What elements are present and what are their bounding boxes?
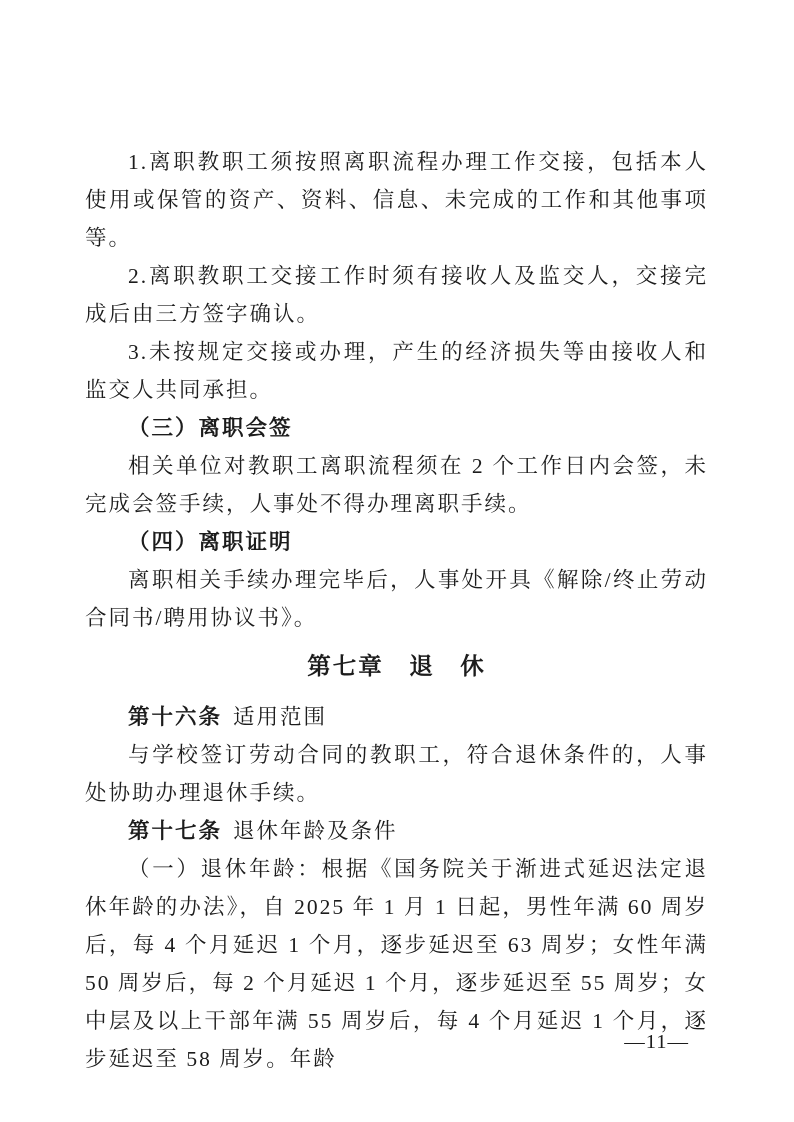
section-heading-resignation-countersign: （三）离职会签 (85, 409, 708, 447)
chapter-heading-retirement: 第七章 退 休 (85, 648, 708, 686)
article-17-title: 退休年龄及条件 (233, 819, 398, 843)
document-body: 1.离职教职工须按照离职流程办理工作交接，包括本人使用或保管的资产、资料、信息、… (85, 143, 708, 1078)
article-16-title: 适用范围 (233, 705, 327, 729)
paragraph-article-16-body: 与学校签订劳动合同的教职工，符合退休条件的，人事处协助办理退休手续。 (85, 736, 708, 812)
document-page: 1.离职教职工须按照离职流程办理工作交接，包括本人使用或保管的资产、资料、信息、… (0, 0, 794, 1122)
paragraph-countersign-body: 相关单位对教职工离职流程须在 2 个工作日内会签，未完成会签手续，人事处不得办理… (85, 447, 708, 523)
section-heading-resignation-certificate: （四）离职证明 (85, 523, 708, 561)
paragraph-retirement-age-body: （一）退休年龄：根据《国务院关于渐进式延迟法定退休年龄的办法》，自 2025 年… (85, 850, 708, 1078)
page-number: —11— (624, 1030, 689, 1054)
article-heading-16: 第十六条适用范围 (85, 698, 708, 736)
article-16-number: 第十六条 (128, 705, 222, 729)
paragraph-handover-2: 2.离职教职工交接工作时须有接收人及监交人，交接完成后由三方签字确认。 (85, 257, 708, 333)
article-heading-17: 第十七条退休年龄及条件 (85, 812, 708, 850)
paragraph-certificate-body: 离职相关手续办理完毕后，人事处开具《解除/终止劳动合同书/聘用协议书》。 (85, 561, 708, 637)
paragraph-handover-3: 3.未按规定交接或办理，产生的经济损失等由接收人和监交人共同承担。 (85, 333, 708, 409)
paragraph-handover-1: 1.离职教职工须按照离职流程办理工作交接，包括本人使用或保管的资产、资料、信息、… (85, 143, 708, 257)
article-17-number: 第十七条 (128, 819, 222, 843)
